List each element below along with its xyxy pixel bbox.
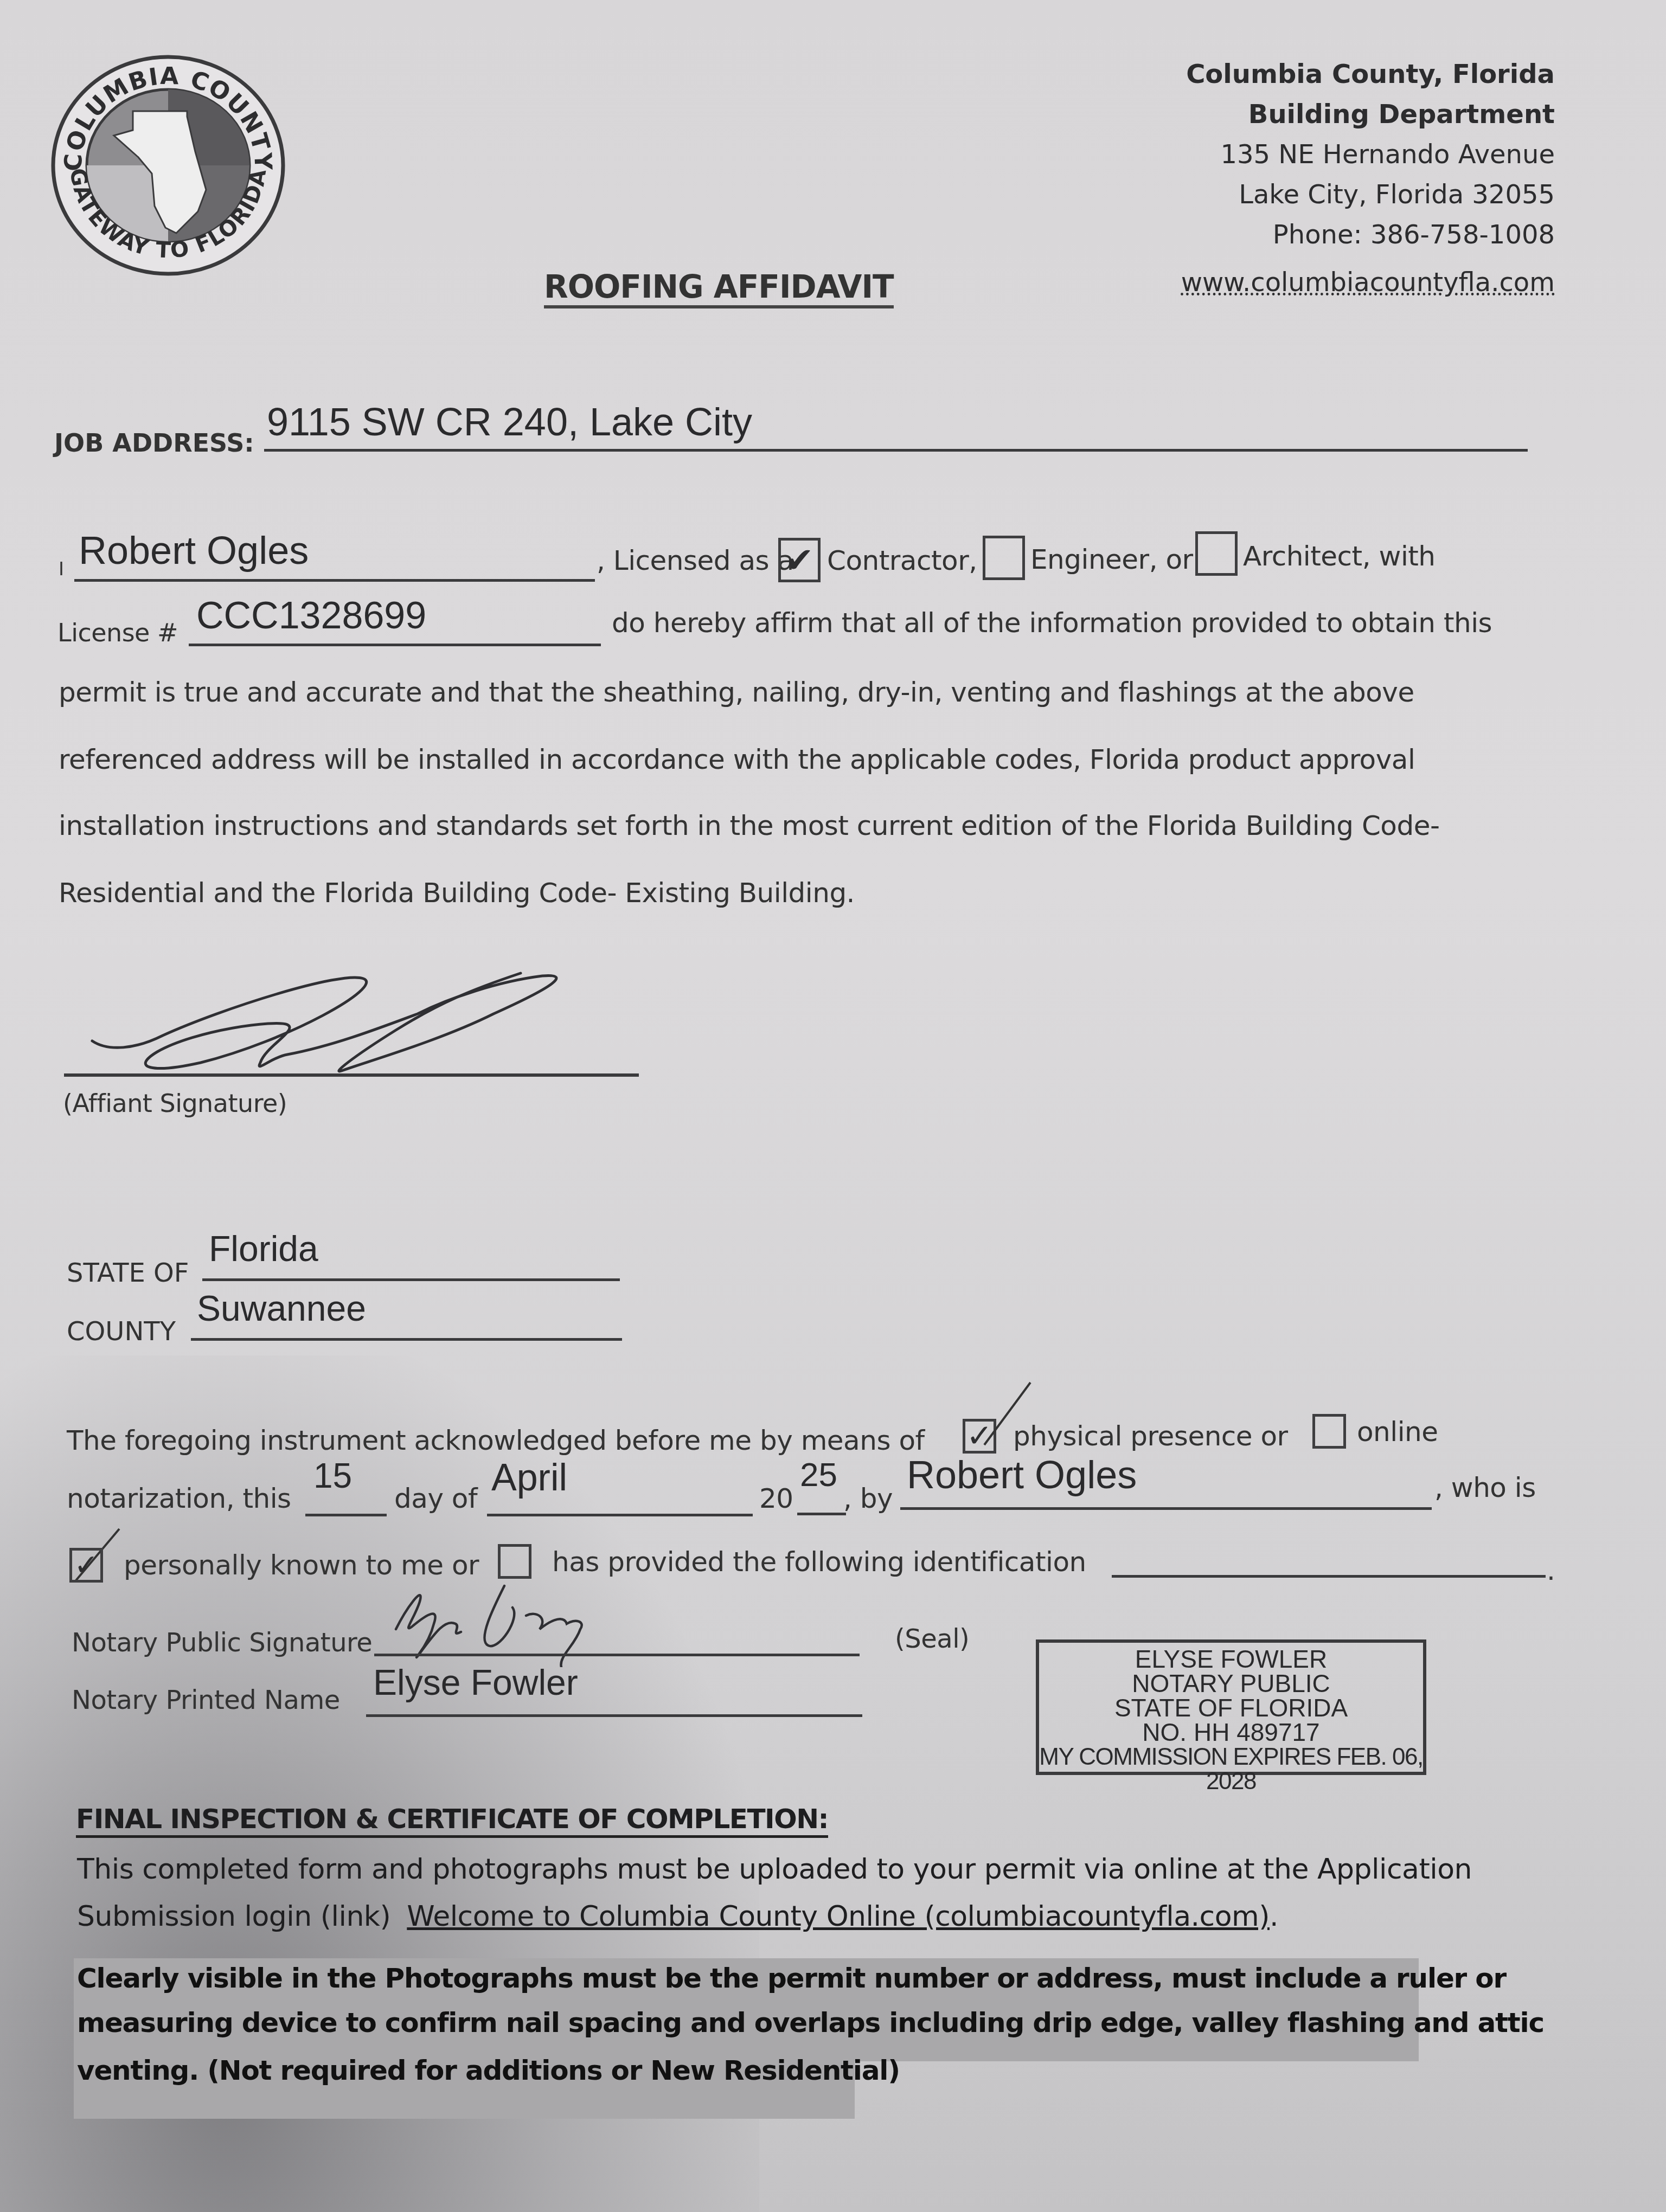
stamp-number: NO. HH 489717 bbox=[1039, 1720, 1423, 1745]
licensed-as-text: , Licensed as a bbox=[597, 545, 794, 576]
affirm-line-2: permit is true and accurate and that the… bbox=[59, 677, 1414, 708]
day-of-text: day of bbox=[394, 1483, 477, 1514]
checkmark-icon: ✔ bbox=[785, 543, 814, 577]
state-value[interactable]: Florida bbox=[209, 1228, 318, 1269]
submission-login-text: Submission login (link) bbox=[77, 1900, 390, 1933]
state-underline bbox=[202, 1278, 620, 1281]
notary-printed-name-label: Notary Printed Name bbox=[72, 1685, 340, 1715]
license-underline bbox=[189, 644, 601, 646]
final-inspection-heading: FINAL INSPECTION & CERTIFICATE OF COMPLE… bbox=[76, 1803, 828, 1838]
job-address-value[interactable]: 9115 SW CR 240, Lake City bbox=[267, 400, 752, 445]
by-text: , by bbox=[843, 1483, 893, 1514]
document-title: ROOFING AFFIDAVIT bbox=[544, 268, 894, 308]
online-checkbox[interactable] bbox=[1312, 1414, 1346, 1449]
notarization-this-text: notarization, this bbox=[67, 1483, 291, 1514]
street-address: 135 NE Hernando Avenue bbox=[1181, 134, 1555, 175]
online-label: online bbox=[1357, 1416, 1438, 1448]
affirm-line-3: referenced address will be installed in … bbox=[59, 744, 1415, 775]
county-label: COUNTY bbox=[67, 1316, 176, 1347]
contractor-checkbox[interactable]: ✔ bbox=[778, 538, 821, 582]
notary-printed-name-underline bbox=[366, 1714, 862, 1717]
affirm-line-4: installation instructions and standards … bbox=[59, 810, 1439, 841]
photo-requirement-line-2: measuring device to confirm nail spacing… bbox=[77, 2007, 1544, 2039]
engineer-checkbox[interactable] bbox=[983, 536, 1025, 580]
notary-signature-label: Notary Public Signature bbox=[72, 1628, 372, 1658]
affiant-name-value[interactable]: Robert Ogles bbox=[79, 529, 309, 573]
affiant-name-underline bbox=[74, 579, 595, 582]
license-number-value[interactable]: CCC1328699 bbox=[196, 594, 426, 637]
affiant-prefix: I bbox=[59, 558, 64, 580]
department-name: Building Department bbox=[1181, 94, 1555, 134]
stamp-state: STATE OF FLORIDA bbox=[1039, 1696, 1423, 1720]
by-name-value[interactable]: Robert Ogles bbox=[907, 1453, 1137, 1497]
org-address-block: Columbia County, Florida Building Depart… bbox=[1181, 54, 1555, 303]
checkmark-icon: ✓ bbox=[74, 1551, 98, 1580]
final-inspection-line-2: Submission login (link) Welcome to Colum… bbox=[77, 1900, 1278, 1933]
job-address-label: JOB ADDRESS: bbox=[54, 428, 254, 458]
affirm-line-5: Residential and the Florida Building Cod… bbox=[59, 877, 855, 909]
county-seal-logo: COLUMBIA COUNTY GATEWAY TO FLORIDA bbox=[43, 49, 293, 282]
affiant-signature[interactable] bbox=[60, 960, 629, 1079]
notary-seal-stamp: ELYSE FOWLER NOTARY PUBLIC STATE OF FLOR… bbox=[1036, 1639, 1426, 1775]
physical-presence-label: physical presence or bbox=[1013, 1420, 1288, 1452]
notary-printed-name-value[interactable]: Elyse Fowler bbox=[373, 1662, 578, 1703]
personally-known-checkbox[interactable]: ✓ bbox=[69, 1548, 103, 1583]
county-value[interactable]: Suwannee bbox=[197, 1288, 366, 1329]
final-inspection-line-1: This completed form and photographs must… bbox=[77, 1853, 1472, 1886]
day-value[interactable]: 15 bbox=[313, 1456, 352, 1496]
affirm-text: do hereby affirm that all of the informa… bbox=[612, 607, 1492, 639]
org-name: Columbia County, Florida bbox=[1181, 54, 1555, 94]
website-link[interactable]: www.columbiacountyfla.com bbox=[1181, 262, 1555, 303]
month-value[interactable]: April bbox=[491, 1456, 567, 1499]
job-address-underline bbox=[264, 449, 1528, 452]
affiant-signature-line bbox=[64, 1073, 639, 1077]
stamp-title: NOTARY PUBLIC bbox=[1039, 1671, 1423, 1696]
acknowledgement-text: The foregoing instrument acknowledged be… bbox=[67, 1425, 925, 1456]
day-underline bbox=[305, 1514, 387, 1516]
stamp-expiration: MY COMMISSION EXPIRES FEB. 06, 2028 bbox=[1039, 1745, 1423, 1793]
photo-requirement-line-1: Clearly visible in the Photographs must … bbox=[77, 1963, 1506, 1994]
city-state-zip: Lake City, Florida 32055 bbox=[1181, 175, 1555, 215]
county-online-link[interactable]: Welcome to Columbia County Online (colum… bbox=[407, 1900, 1270, 1933]
who-is-text: , who is bbox=[1434, 1472, 1536, 1503]
engineer-label: Engineer, or bbox=[1030, 544, 1193, 575]
year-value[interactable]: 25 bbox=[800, 1456, 837, 1494]
month-underline bbox=[487, 1514, 753, 1516]
identification-underline bbox=[1112, 1575, 1546, 1578]
notary-signature-line bbox=[374, 1654, 860, 1656]
stamp-name: ELYSE FOWLER bbox=[1039, 1647, 1423, 1671]
contractor-label: Contractor, bbox=[827, 545, 977, 576]
architect-label: Architect, with bbox=[1243, 541, 1436, 572]
photo-requirement-line-3: venting. (Not required for additions or … bbox=[77, 2055, 900, 2086]
county-underline bbox=[191, 1338, 622, 1341]
link-period: . bbox=[1270, 1900, 1278, 1933]
architect-checkbox[interactable] bbox=[1195, 531, 1238, 576]
phone-number: Phone: 386-758-1008 bbox=[1181, 215, 1555, 255]
by-name-underline bbox=[900, 1507, 1432, 1510]
year-underline bbox=[797, 1513, 846, 1515]
identification-period: . bbox=[1547, 1555, 1555, 1586]
provided-id-checkbox[interactable] bbox=[498, 1544, 531, 1579]
seal-label: (Seal) bbox=[895, 1624, 969, 1654]
affiant-signature-label: (Affiant Signature) bbox=[63, 1089, 287, 1118]
provided-id-label: has provided the following identificatio… bbox=[552, 1546, 1086, 1578]
state-label: STATE OF bbox=[67, 1258, 189, 1288]
license-label: License # bbox=[57, 618, 178, 647]
year-prefix: 20 bbox=[759, 1483, 793, 1514]
